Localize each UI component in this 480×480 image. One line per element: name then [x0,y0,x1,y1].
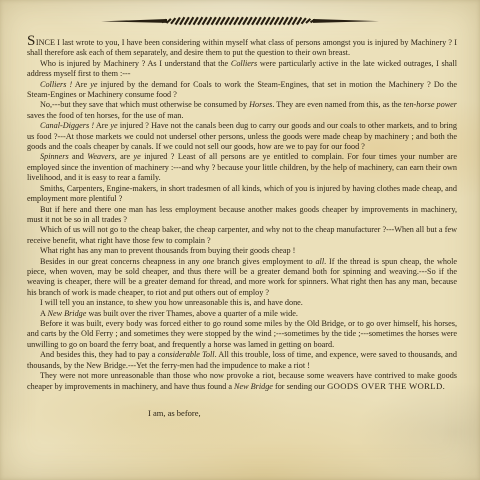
text-segment: and [69,152,88,161]
letter-body: SINCE I last wrote to you, I have been c… [0,38,480,393]
text-segment: A [40,309,48,318]
dropcap: S [27,33,36,49]
text-segment: saves the food of ten horses, for the us… [27,111,183,120]
text-segment: considerable Toll [158,350,215,359]
paragraph: Before it was built, every body was forc… [27,319,457,350]
text-segment: Are [72,80,90,89]
text-segment: Horses [249,100,272,109]
text-segment: GOODS OVER THE WORLD. [327,381,445,391]
paragraph: Colliers ! Are ye injured by the demand … [27,80,457,101]
text-segment: Who is injured by Machinery ? As I under… [40,59,231,68]
paragraph: What right has any man to prevent thousa… [27,246,457,256]
paragraph: Canal-Diggers ! Are ye injured ? Have no… [27,121,457,152]
paragraph: Smiths, Carpenters, Engine-makers, in sh… [27,184,457,205]
text-segment: for sending our [273,382,327,391]
paragraph: A New Bridge was built over the river Th… [27,309,457,319]
text-segment: Spinners [40,152,69,161]
text-segment: And besides this, they had to pay a [40,350,158,359]
paragraph: They were not more unreasonable than tho… [27,371,457,393]
text-segment: all [315,257,324,266]
text-segment: Which of us will not go to the cheap bak… [27,225,457,244]
text-segment: ten-horse power [404,100,457,109]
text-segment: No,---but they save that which must othe… [40,100,249,109]
swelled-rule-ornament [101,16,379,26]
paragraph: Which of us will not go to the cheap bak… [27,225,457,246]
text-segment: New Bridge [48,309,87,318]
text-segment: ye [110,121,117,130]
text-segment: , are [115,152,134,161]
text-segment: branch gives employment to [214,257,315,266]
text-segment: ye [90,80,97,89]
text-segment: Canal-Diggers ! [40,121,94,130]
paragraph: I will tell you an instance, to shew you… [27,298,457,308]
text-segment: one [202,257,214,266]
paragraph: Spinners and Weavers, are ye injured ? L… [27,152,457,183]
paragraph: No,---but they save that which must othe… [27,100,457,121]
paragraph: SINCE I last wrote to you, I have been c… [27,38,457,59]
paragraph: And besides this, they had to pay a cons… [27,350,457,371]
text-segment: Weavers [87,152,114,161]
paragraph: Who is injured by Machinery ? As I under… [27,59,457,80]
paragraph: Besides in our great concerns cheapness … [27,257,457,299]
text-segment: Smiths, Carpenters, Engine-makers, in sh… [27,184,457,203]
text-segment: What right has any man to prevent thousa… [40,246,295,255]
text-segment: Are [94,121,110,130]
text-segment: Colliers [231,59,257,68]
text-segment: But if here and there one man has less e… [27,205,457,224]
closing-line: I am, as before, [148,408,480,418]
paragraph: But if here and there one man has less e… [27,205,457,226]
text-segment: Besides in our great concerns cheapness … [40,257,202,266]
text-segment: . They are even named from this, as the [272,100,403,109]
text-segment: ye [134,152,141,161]
text-segment: Before it was built, every body was forc… [27,319,457,349]
text-segment: Colliers ! [40,80,72,89]
broadside-page: SINCE I last wrote to you, I have been c… [0,0,480,480]
text-segment: I will tell you an instance, to shew you… [40,298,303,307]
text-segment: New Bridge [234,382,273,391]
text-segment: was built over the river Thames, above a… [86,309,298,318]
text-segment: INCE I last wrote to you, I have been co… [27,38,457,57]
